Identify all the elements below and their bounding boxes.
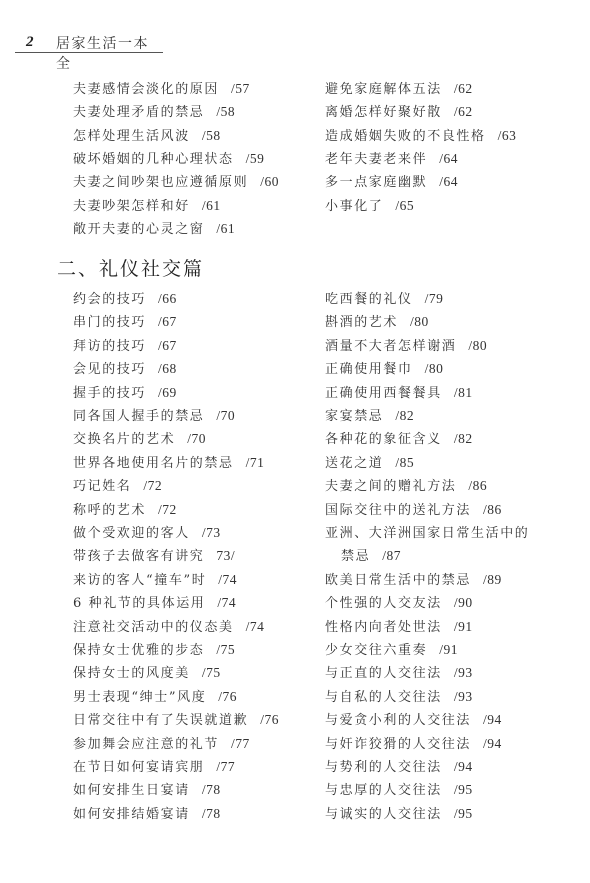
toc-entry-page: /77 [216,759,235,774]
toc-entry-page: /90 [454,595,473,610]
toc-entry: 禁忌/87 [325,548,401,565]
toc-entry-title: 参加舞会应注意的礼节 [73,737,219,752]
toc-entry: 夫妻吵架怎样和好/61 [73,198,221,215]
toc-entry: 注意社交活动中的仪态美/74 [73,619,264,636]
toc-entry-title: 敞开夫妻的心灵之窗 [73,222,204,237]
toc-entry-page: /80 [410,314,429,329]
toc-entry-title: 各种花的象征含义 [325,432,442,447]
toc-entry: 巧记姓名/72 [73,478,162,495]
toc-entry-title: 与忠厚的人交往法 [325,783,442,798]
section-heading: 二、礼仪社交篇 [57,254,204,281]
toc-entry-title: 正确使用西餐餐具 [325,386,442,401]
toc-entry: 握手的技巧/69 [73,385,177,402]
toc-entry-page: /80 [468,338,487,353]
running-header: 2 居家生活一本全 [15,32,163,53]
toc-entry: 做个受欢迎的客人/73 [73,525,221,542]
toc-entry: 约会的技巧/66 [73,291,177,308]
toc-entry: 日常交往中有了失误就道歉/76 [73,712,279,729]
toc-entry-title: 夫妻之间吵架也应遵循原则 [73,175,248,190]
toc-entry: 避免家庭解体五法/62 [325,81,473,98]
toc-entry-page: /78 [202,806,221,821]
toc-entry-title: 约会的技巧 [73,292,146,307]
toc-entry: 拜访的技巧/67 [73,338,177,355]
toc-entry: 斟酒的艺术/80 [325,314,429,331]
toc-entry-page: /76 [218,689,237,704]
toc-entry-page: /94 [483,712,502,727]
toc-entry-title: 破坏婚姻的几种心理状态 [73,152,234,167]
toc-entry-page: /59 [246,151,265,166]
toc-entry-page: /57 [231,81,250,96]
toc-entry-title: 同各国人握手的禁忌 [73,409,204,424]
toc-entry: 送花之道/85 [325,455,414,472]
toc-entry: 吃西餐的礼仪/79 [325,291,443,308]
toc-entry-page: /95 [454,806,473,821]
toc-entry: 同各国人握手的禁忌/70 [73,408,235,425]
toc-entry-title: 交换名片的艺术 [73,432,175,447]
toc-entry-title: 与奸诈狡猾的人交往法 [325,737,471,752]
toc-entry-page: /74 [217,595,236,610]
toc-entry-title: 老年夫妻老来伴 [325,152,427,167]
toc-entry: 怎样处理生活风波/58 [73,128,221,145]
toc-entry-title: 酒量不大者怎样谢酒 [325,339,456,354]
toc-entry: 保持女士的风度美/75 [73,665,221,682]
page-number: 2 [26,34,34,51]
toc-entry: 夫妻之间吵架也应遵循原则/60 [73,174,279,191]
toc-entry-page: /94 [454,759,473,774]
toc-entry: 亚洲、大洋洲国家日常生活中的 [325,525,541,542]
toc-entry-page: /64 [439,151,458,166]
toc-entry-page: /89 [483,572,502,587]
toc-entry-title: 吃西餐的礼仪 [325,292,413,307]
toc-entry: 与自私的人交往法/93 [325,689,473,706]
toc-entry-page: /87 [382,548,401,563]
toc-entry: 串门的技巧/67 [73,314,177,331]
toc-entry-page: /62 [454,104,473,119]
toc-entry: 夫妻之间的赠礼方法/86 [325,478,487,495]
toc-entry: 在节日如何宴请宾朋/77 [73,759,235,776]
toc-entry-page: /58 [202,128,221,143]
toc-entry-title: 拜访的技巧 [73,339,146,354]
toc-entry: 6 种礼节的具体运用/74 [73,595,236,612]
toc-entry-title: 与自私的人交往法 [325,690,442,705]
toc-entry-title: 做个受欢迎的客人 [73,526,190,541]
toc-entry-title: 如何安排生日宴请 [73,783,190,798]
toc-entry-page: /58 [216,104,235,119]
toc-entry-title: 带孩子去做客有讲究 [73,549,204,564]
toc-entry-page: /61 [216,221,235,236]
toc-entry-page: /81 [454,385,473,400]
toc-entry-title: 串门的技巧 [73,315,146,330]
toc-entry: 性格内向者处世法/91 [325,619,473,636]
toc-entry-page: /64 [439,174,458,189]
toc-entry: 与爱贪小利的人交往法/94 [325,712,502,729]
toc-entry: 少女交往六重奏/91 [325,642,458,659]
toc-entry-page: /93 [454,665,473,680]
toc-entry: 参加舞会应注意的礼节/77 [73,736,250,753]
toc-entry-page: /72 [158,502,177,517]
toc-entry-title: 在节日如何宴请宾朋 [73,760,204,775]
toc-entry: 造成婚姻失败的不良性格/63 [325,128,516,145]
toc-entry-title: 亚洲、大洋洲国家日常生活中的 [325,526,529,541]
toc-entry-title: 与诚实的人交往法 [325,807,442,822]
toc-entry-page: /86 [468,478,487,493]
toc-entry-title: 注意社交活动中的仪态美 [73,620,234,635]
toc-entry-title: 性格内向者处世法 [325,620,442,635]
toc-entry-title: 称呼的艺术 [73,503,146,518]
toc-entry: 与奸诈狡猾的人交往法/94 [325,736,502,753]
toc-entry-page: /76 [260,712,279,727]
toc-entry: 酒量不大者怎样谢酒/80 [325,338,487,355]
toc-entry-title: 男士表现“绅士”风度 [73,690,206,705]
toc-entry: 会见的技巧/68 [73,361,177,378]
toc-entry-title: 来访的客人“撞车”时 [73,573,206,588]
toc-entry: 称呼的艺术/72 [73,502,177,519]
toc-entry-page: 73/ [216,548,235,563]
toc-entry-title: 夫妻感情会淡化的原因 [73,82,219,97]
toc-entry-page: /73 [202,525,221,540]
toc-entry-page: /82 [454,431,473,446]
toc-entry-page: /82 [395,408,414,423]
toc-entry: 多一点家庭幽默/64 [325,174,458,191]
toc-entry: 破坏婚姻的几种心理状态/59 [73,151,264,168]
toc-entry-title: 禁忌 [341,549,370,564]
toc-entry: 离婚怎样好聚好散/62 [325,104,473,121]
toc-entry: 世界各地使用名片的禁忌/71 [73,455,264,472]
toc-entry-title: 少女交往六重奏 [325,643,427,658]
toc-entry-page: /61 [202,198,221,213]
toc-entry: 交换名片的艺术/70 [73,431,206,448]
book-title: 居家生活一本全 [56,33,163,73]
toc-entry-page: /78 [202,782,221,797]
toc-entry: 如何安排生日宴请/78 [73,782,221,799]
toc-entry-title: 送花之道 [325,456,383,471]
toc-entry: 夫妻处理矛盾的禁忌/58 [73,104,235,121]
toc-entry-page: /86 [483,502,502,517]
toc-entry-title: 与势利的人交往法 [325,760,442,775]
toc-entry: 与正直的人交往法/93 [325,665,473,682]
toc-entry-page: /63 [498,128,517,143]
toc-entry-title: 世界各地使用名片的禁忌 [73,456,234,471]
toc-entry-page: /77 [231,736,250,751]
toc-entry-title: 斟酒的艺术 [325,315,398,330]
toc-entry-page: /94 [483,736,502,751]
toc-entry-page: /62 [454,81,473,96]
toc-entry-page: /60 [260,174,279,189]
toc-entry-title: 巧记姓名 [73,479,131,494]
toc-entry: 老年夫妻老来伴/64 [325,151,458,168]
toc-entry-page: /66 [158,291,177,306]
toc-entry-title: 小事化了 [325,199,383,214]
toc-entry-page: /67 [158,338,177,353]
toc-entry-page: /68 [158,361,177,376]
toc-entry-title: 夫妻吵架怎样和好 [73,199,190,214]
toc-entry-page: /69 [158,385,177,400]
toc-entry-title: 保持女士优雅的步态 [73,643,204,658]
toc-entry-page: /74 [218,572,237,587]
toc-entry-title: 保持女士的风度美 [73,666,190,681]
toc-entry: 个性强的人交友法/90 [325,595,473,612]
toc-entry: 欧美日常生活中的禁忌/89 [325,572,502,589]
toc-entry-title: 造成婚姻失败的不良性格 [325,129,486,144]
toc-entry: 各种花的象征含义/82 [325,431,473,448]
toc-entry-title: 夫妻之间的赠礼方法 [325,479,456,494]
toc-entry-title: 多一点家庭幽默 [325,175,427,190]
toc-entry-page: /70 [216,408,235,423]
toc-entry-page: /75 [216,642,235,657]
toc-entry-title: 国际交往中的送礼方法 [325,503,471,518]
toc-entry-title: 怎样处理生活风波 [73,129,190,144]
toc-entry-page: /80 [425,361,444,376]
toc-entry: 如何安排结婚宴请/78 [73,806,221,823]
toc-entry: 带孩子去做客有讲究73/ [73,548,235,565]
toc-entry-title: 个性强的人交友法 [325,596,442,611]
toc-entry-title: 家宴禁忌 [325,409,383,424]
toc-entry-page: /75 [202,665,221,680]
toc-entry-title: 避免家庭解体五法 [325,82,442,97]
toc-entry-title: 会见的技巧 [73,362,146,377]
toc-entry-page: /85 [395,455,414,470]
toc-entry-page: /79 [425,291,444,306]
toc-entry-page: /65 [395,198,414,213]
toc-entry-page: /74 [246,619,265,634]
toc-entry-title: 握手的技巧 [73,386,146,401]
toc-entry: 与势利的人交往法/94 [325,759,473,776]
toc-entry-title: 日常交往中有了失误就道歉 [73,713,248,728]
toc-entry: 男士表现“绅士”风度/76 [73,689,237,706]
toc-entry: 国际交往中的送礼方法/86 [325,502,502,519]
toc-entry-page: /95 [454,782,473,797]
toc-entry-title: 6 种礼节的具体运用 [73,596,205,611]
toc-entry-title: 离婚怎样好聚好散 [325,105,442,120]
toc-entry-page: /91 [439,642,458,657]
toc-entry-title: 夫妻处理矛盾的禁忌 [73,105,204,120]
toc-entry: 来访的客人“撞车”时/74 [73,572,237,589]
toc-entry: 正确使用餐巾/80 [325,361,443,378]
toc-entry-page: /71 [246,455,265,470]
toc-entry-page: /70 [187,431,206,446]
toc-entry-title: 正确使用餐巾 [325,362,413,377]
toc-entry: 正确使用西餐餐具/81 [325,385,473,402]
toc-entry: 敞开夫妻的心灵之窗/61 [73,221,235,238]
toc-entry-title: 如何安排结婚宴请 [73,807,190,822]
toc-entry: 家宴禁忌/82 [325,408,414,425]
toc-entry: 夫妻感情会淡化的原因/57 [73,81,250,98]
toc-entry: 保持女士优雅的步态/75 [73,642,235,659]
toc-entry: 与诚实的人交往法/95 [325,806,473,823]
toc-entry-title: 欧美日常生活中的禁忌 [325,573,471,588]
toc-entry-title: 与正直的人交往法 [325,666,442,681]
toc-entry-page: /67 [158,314,177,329]
toc-entry-title: 与爱贪小利的人交往法 [325,713,471,728]
toc-entry: 小事化了/65 [325,198,414,215]
toc-entry: 与忠厚的人交往法/95 [325,782,473,799]
toc-entry-page: /93 [454,689,473,704]
toc-entry-page: /72 [143,478,162,493]
toc-entry-page: /91 [454,619,473,634]
